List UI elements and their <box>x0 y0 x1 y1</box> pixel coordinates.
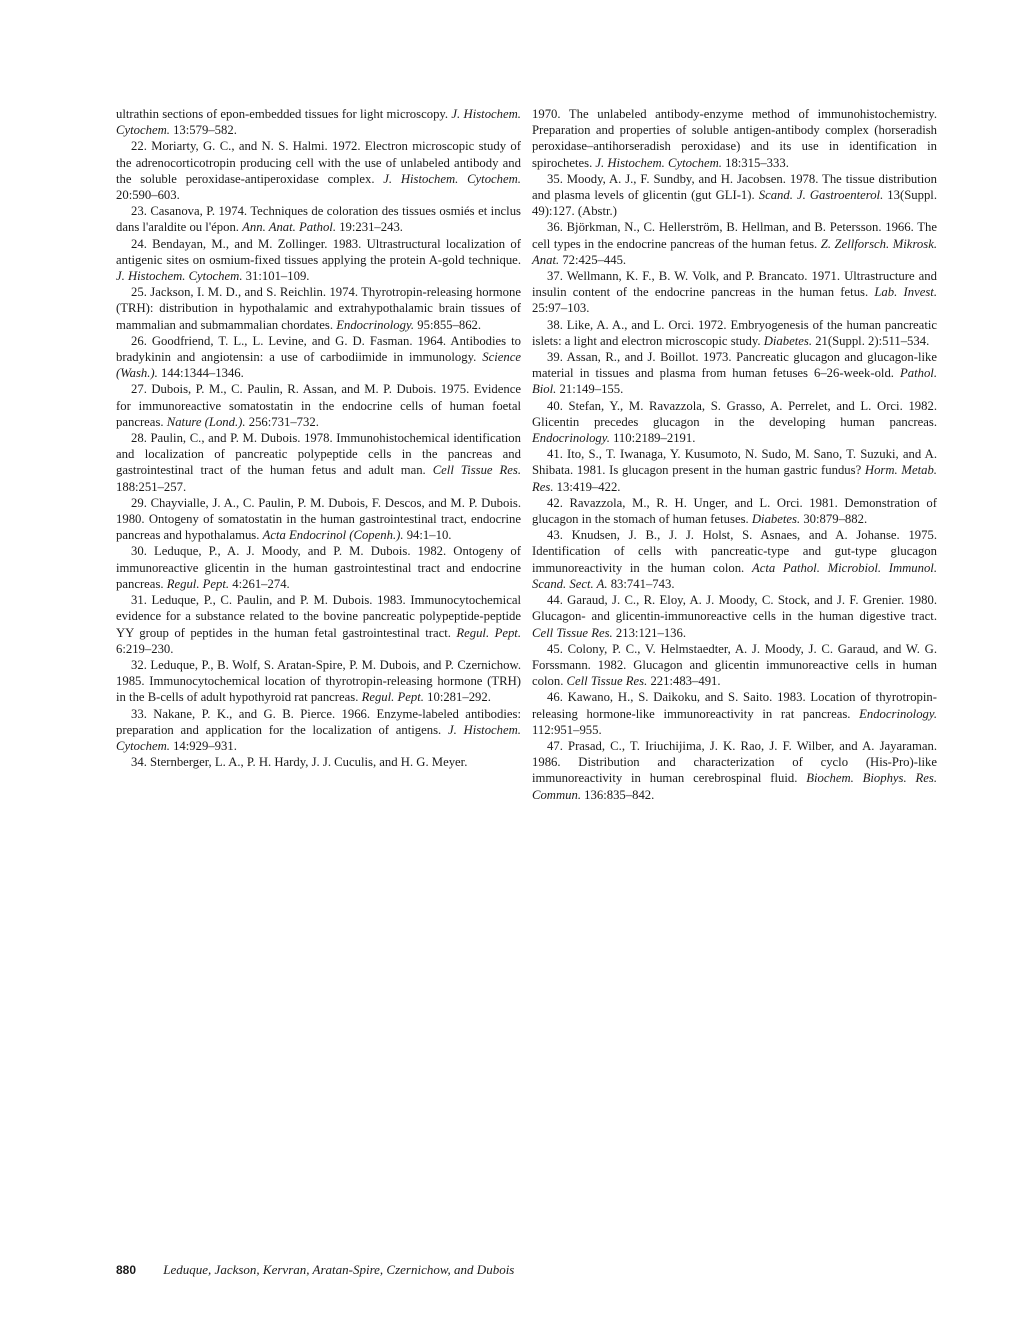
journal-name: Endocrinology. <box>532 431 610 445</box>
page-footer: 880 Leduque, Jackson, Kervran, Aratan-Sp… <box>116 1262 514 1278</box>
reference-text: ultrathin sections of epon-embedded tiss… <box>116 107 451 121</box>
journal-name: Cell Tissue Res. <box>433 463 521 477</box>
reference-text: 110:2189–2191. <box>610 431 696 445</box>
reference-text: 221:483–491. <box>647 674 720 688</box>
reference-text: 14:929–931. <box>170 739 237 753</box>
reference-entry: 25. Jackson, I. M. D., and S. Reichlin. … <box>116 284 521 333</box>
reference-entry: 39. Assan, R., and J. Boillot. 1973. Pan… <box>532 349 937 398</box>
document-page: ultrathin sections of epon-embedded tiss… <box>0 0 1020 1320</box>
reference-text: 213:121–136. <box>613 626 686 640</box>
reference-entry: 34. Sternberger, L. A., P. H. Hardy, J. … <box>116 754 521 770</box>
reference-text: 31:101–109. <box>243 269 310 283</box>
reference-text: 21(Suppl. 2):511–534. <box>812 334 929 348</box>
running-head-authors: Leduque, Jackson, Kervran, Aratan-Spire,… <box>163 1262 514 1277</box>
reference-entry: 37. Wellmann, K. F., B. W. Volk, and P. … <box>532 268 937 317</box>
reference-text: 83:741–743. <box>608 577 675 591</box>
journal-name: J. Histochem. Cytochem. <box>383 172 521 186</box>
journal-name: Cell Tissue Res. <box>532 626 613 640</box>
reference-entry: 30. Leduque, P., A. J. Moody, and P. M. … <box>116 543 521 592</box>
reference-entry: 35. Moody, A. J., F. Sundby, and H. Jaco… <box>532 171 937 220</box>
reference-text: 72:425–445. <box>559 253 626 267</box>
reference-text: 44. Garaud, J. C., R. Eloy, A. J. Moody,… <box>532 593 937 623</box>
journal-name: Endocrinology. <box>859 707 937 721</box>
reference-text: 188:251–257. <box>116 480 186 494</box>
reference-entry: 43. Knudsen, J. B., J. J. Holst, S. Asna… <box>532 527 937 592</box>
reference-text: 10:281–292. <box>424 690 491 704</box>
reference-text: 21:149–155. <box>556 382 623 396</box>
reference-entry: 41. Ito, S., T. Iwanaga, Y. Kusumoto, N.… <box>532 446 937 495</box>
journal-name: Acta Endocrinol (Copenh.). <box>263 528 404 542</box>
journal-name: Regul. Pept. <box>456 626 521 640</box>
reference-entry: 38. Like, A. A., and L. Orci. 1972. Embr… <box>532 317 937 349</box>
journal-name: Ann. Anat. Pathol. <box>242 220 336 234</box>
reference-continuation: 1970. The unlabeled antibody-enzyme meth… <box>532 106 937 171</box>
reference-text: 136:835–842. <box>581 788 654 802</box>
references-left-column: ultrathin sections of epon-embedded tiss… <box>116 106 521 770</box>
journal-name: Cell Tissue Res. <box>567 674 648 688</box>
reference-entry: 45. Colony, P. C., V. Helmstaedter, A. J… <box>532 641 937 690</box>
reference-entry: 31. Leduque, P., C. Paulin, and P. M. Du… <box>116 592 521 657</box>
reference-text: 4:261–274. <box>229 577 290 591</box>
reference-text: 26. Goodfriend, T. L., L. Levine, and G.… <box>116 334 521 364</box>
reference-text: 6:219–230. <box>116 642 173 656</box>
reference-text: 95:855–862. <box>414 318 481 332</box>
reference-entry: 23. Casanova, P. 1974. Techniques de col… <box>116 203 521 235</box>
reference-text: 13:419–422. <box>554 480 621 494</box>
reference-text: 25:97–103. <box>532 301 589 315</box>
reference-text: 40. Stefan, Y., M. Ravazzola, S. Grasso,… <box>532 399 937 429</box>
journal-name: Diabetes. <box>752 512 800 526</box>
reference-entry: 29. Chayvialle, J. A., C. Paulin, P. M. … <box>116 495 521 544</box>
reference-entry: 26. Goodfriend, T. L., L. Levine, and G.… <box>116 333 521 382</box>
reference-entry: 42. Ravazzola, M., R. H. Unger, and L. O… <box>532 495 937 527</box>
journal-name: Regul. Pept. <box>167 577 229 591</box>
reference-text: 19:231–243. <box>336 220 403 234</box>
journal-name: Regul. Pept. <box>362 690 424 704</box>
journal-name: Lab. Invest. <box>874 285 937 299</box>
reference-text: 24. Bendayan, M., and M. Zollinger. 1983… <box>116 237 521 267</box>
reference-entry: 32. Leduque, P., B. Wolf, S. Aratan-Spir… <box>116 657 521 706</box>
reference-entry: 47. Prasad, C., T. Iriuchijima, J. K. Ra… <box>532 738 937 803</box>
reference-text: 42. Ravazzola, M., R. H. Unger, and L. O… <box>532 496 937 526</box>
reference-text: 112:951–955. <box>532 723 602 737</box>
reference-entry: 40. Stefan, Y., M. Ravazzola, S. Grasso,… <box>532 398 937 447</box>
reference-continuation: ultrathin sections of epon-embedded tiss… <box>116 106 521 138</box>
reference-entry: 36. Björkman, N., C. Hellerström, B. Hel… <box>532 219 937 268</box>
reference-text: 94:1–10. <box>404 528 452 542</box>
reference-entry: 22. Moriarty, G. C., and N. S. Halmi. 19… <box>116 138 521 203</box>
journal-name: Diabetes. <box>764 334 812 348</box>
journal-name: Endocrinology. <box>336 318 414 332</box>
journal-name: J. Histochem. Cytochem. <box>595 156 722 170</box>
reference-entry: 46. Kawano, H., S. Daikoku, and S. Saito… <box>532 689 937 738</box>
references-right-column: 1970. The unlabeled antibody-enzyme meth… <box>532 106 937 803</box>
journal-name: Scand. J. Gastroenterol. <box>759 188 884 202</box>
reference-text: 34. Sternberger, L. A., P. H. Hardy, J. … <box>131 755 467 769</box>
reference-entry: 33. Nakane, P. K., and G. B. Pierce. 196… <box>116 706 521 755</box>
reference-entry: 44. Garaud, J. C., R. Eloy, A. J. Moody,… <box>532 592 937 641</box>
reference-text: 20:590–603. <box>116 188 180 202</box>
reference-entry: 27. Dubois, P. M., C. Paulin, R. Assan, … <box>116 381 521 430</box>
reference-text: 144:1344–1346. <box>158 366 244 380</box>
reference-entry: 28. Paulin, C., and P. M. Dubois. 1978. … <box>116 430 521 495</box>
reference-text: 256:731–732. <box>246 415 319 429</box>
reference-text: 30:879–882. <box>800 512 867 526</box>
reference-text: 39. Assan, R., and J. Boillot. 1973. Pan… <box>532 350 937 380</box>
reference-text: 18:315–333. <box>722 156 789 170</box>
journal-name: Nature (Lond.). <box>167 415 246 429</box>
page-number: 880 <box>116 1263 136 1277</box>
reference-entry: 24. Bendayan, M., and M. Zollinger. 1983… <box>116 236 521 285</box>
reference-text: 13:579–582. <box>170 123 237 137</box>
journal-name: J. Histochem. Cytochem. <box>116 269 243 283</box>
